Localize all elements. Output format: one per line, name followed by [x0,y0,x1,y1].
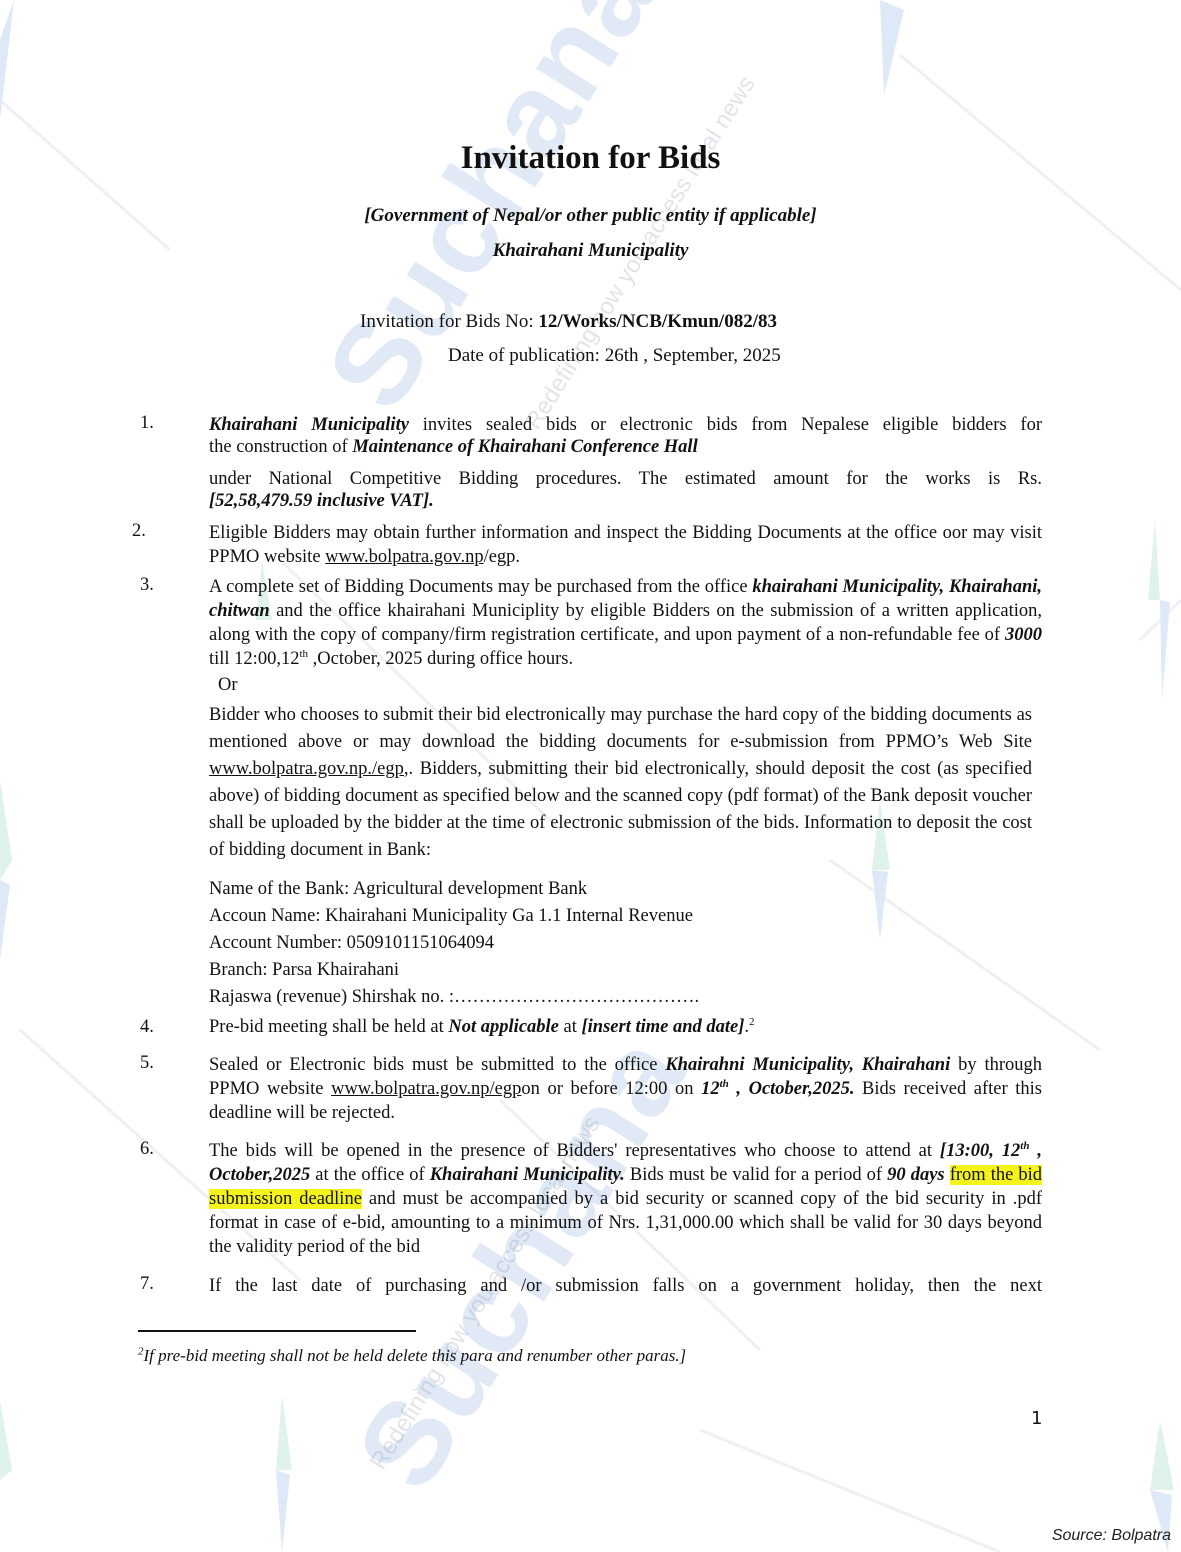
entity-name: Khairahani Municipality [0,240,1181,262]
deadline-date: , October,2025. [729,1079,855,1099]
item-6-text-part: The bids will be opened in the presence … [209,1141,940,1161]
ifb-number: 12/Works/NCB/Kmun/082/83 [538,311,777,332]
prebid-time: [insert time and date] [582,1017,745,1037]
electronic-text-part: Bidder who chooses to submit their bid e… [209,705,1032,752]
item-1-text: the construction of [209,437,352,457]
submission-office: Khairahni Municipality, Khairahani [665,1055,950,1075]
ifb-number-line: Invitation for Bids No: 12/Works/NCB/Kmu… [360,311,777,333]
item-2-text: Eligible Bidders may obtain further info… [209,521,1042,569]
account-number: Account Number: 0509101151064094 [209,933,494,954]
publication-date: Date of publication: 26th , September, 2… [448,345,781,367]
revenue-heading: Rajaswa (revenue) Shirshak no. :……………………… [209,987,699,1008]
item-6-text-part: at the office of [310,1165,429,1185]
footnote-divider [138,1330,416,1332]
item-3-text-part: A complete set of Bidding Documents may … [209,577,752,597]
or-label: Or [218,675,238,696]
item-1-text: invites sealed bids or electronic bids f… [409,415,1042,435]
bolpatra-egp-link[interactable]: www.bolpatra.gov.np./egp [209,759,404,779]
footnote: 2If pre-bid meeting shall not be held de… [138,1346,686,1366]
item-4-text-part: at [559,1017,582,1037]
deadline-day: 12 [701,1079,720,1099]
bolpatra-egp-link[interactable]: www.bolpatra.gov.np/egp [331,1079,521,1099]
item-4-text: Pre-bid meeting shall be held at Not app… [209,1017,755,1038]
item-3-text: A complete set of Bidding Documents may … [209,575,1042,671]
prebid-venue: Not applicable [448,1017,558,1037]
item-5-text-part: Sealed or Electronic bids must be submit… [209,1055,665,1075]
footnote-ref[interactable]: 2 [749,1016,755,1028]
footnote-text: If pre-bid meeting shall not be held del… [144,1346,687,1365]
page-number: 1 [1031,1408,1042,1429]
item-6-text: The bids will be opened in the presence … [209,1139,1042,1259]
bolpatra-link[interactable]: www.bolpatra.gov.np [325,547,483,567]
validity-period: 90 days [887,1165,944,1185]
document-page: Suchana Suchana Redefining how you acces… [0,0,1181,1552]
electronic-bid-text: Bidder who chooses to submit their bid e… [209,702,1032,864]
superscript: th [720,1078,729,1090]
municipality-name: Khairahani Municipality [209,415,409,435]
item-2-text-part: /egp. [484,547,520,567]
source-credit: Source: Bolpatra [1052,1527,1171,1545]
item-number: 2. [132,521,146,542]
item-3-text-part: and the office khairahani Municiplity by… [209,601,1042,645]
item-1-line-3: under National Competitive Bidding proce… [209,467,1042,491]
item-1-line-1: Khairahani Municipality invites sealed b… [209,413,1042,437]
bank-branch: Branch: Parsa Khairahani [209,960,399,981]
estimated-amount: [52,58,479.59 inclusive VAT]. [209,491,434,512]
item-number: 1. [140,413,154,434]
entity-placeholder: [Government of Nepal/or other public ent… [0,205,1181,227]
opening-office: Khairahani Municipality. [430,1165,625,1185]
ifb-label: Invitation for Bids No: [360,311,538,332]
item-number: 5. [140,1053,154,1074]
item-3-text-part: till 12:00,12 [209,649,299,669]
superscript: th [299,648,308,660]
item-1-line-2: the construction of Maintenance of Khair… [209,437,698,458]
item-number: 6. [140,1139,154,1160]
document-fee: 3000 [1005,625,1042,645]
item-number: 3. [140,575,154,596]
item-4-text-part: Pre-bid meeting shall be held at [209,1017,448,1037]
item-3-text-part: ,October, 2025 during office hours. [308,649,573,669]
item-5-text-part: on or before 12:00 on [521,1079,701,1099]
project-name: Maintenance of Khairahani Conference Hal… [352,437,697,457]
item-number: 4. [140,1017,154,1038]
item-6-text-part: Bids must be valid for a period of [625,1165,887,1185]
item-6-text-part [945,1165,950,1185]
opening-time: [13:00, 12 [940,1141,1020,1161]
item-7-text: If the last date of purchasing and /or s… [209,1274,1042,1298]
bank-name: Name of the Bank: Agricultural developme… [209,879,587,900]
item-number: 7. [140,1274,154,1295]
page-title: Invitation for Bids [0,140,1181,177]
item-5-text: Sealed or Electronic bids must be submit… [209,1053,1042,1125]
account-name: Accoun Name: Khairahani Municipality Ga … [209,906,693,927]
